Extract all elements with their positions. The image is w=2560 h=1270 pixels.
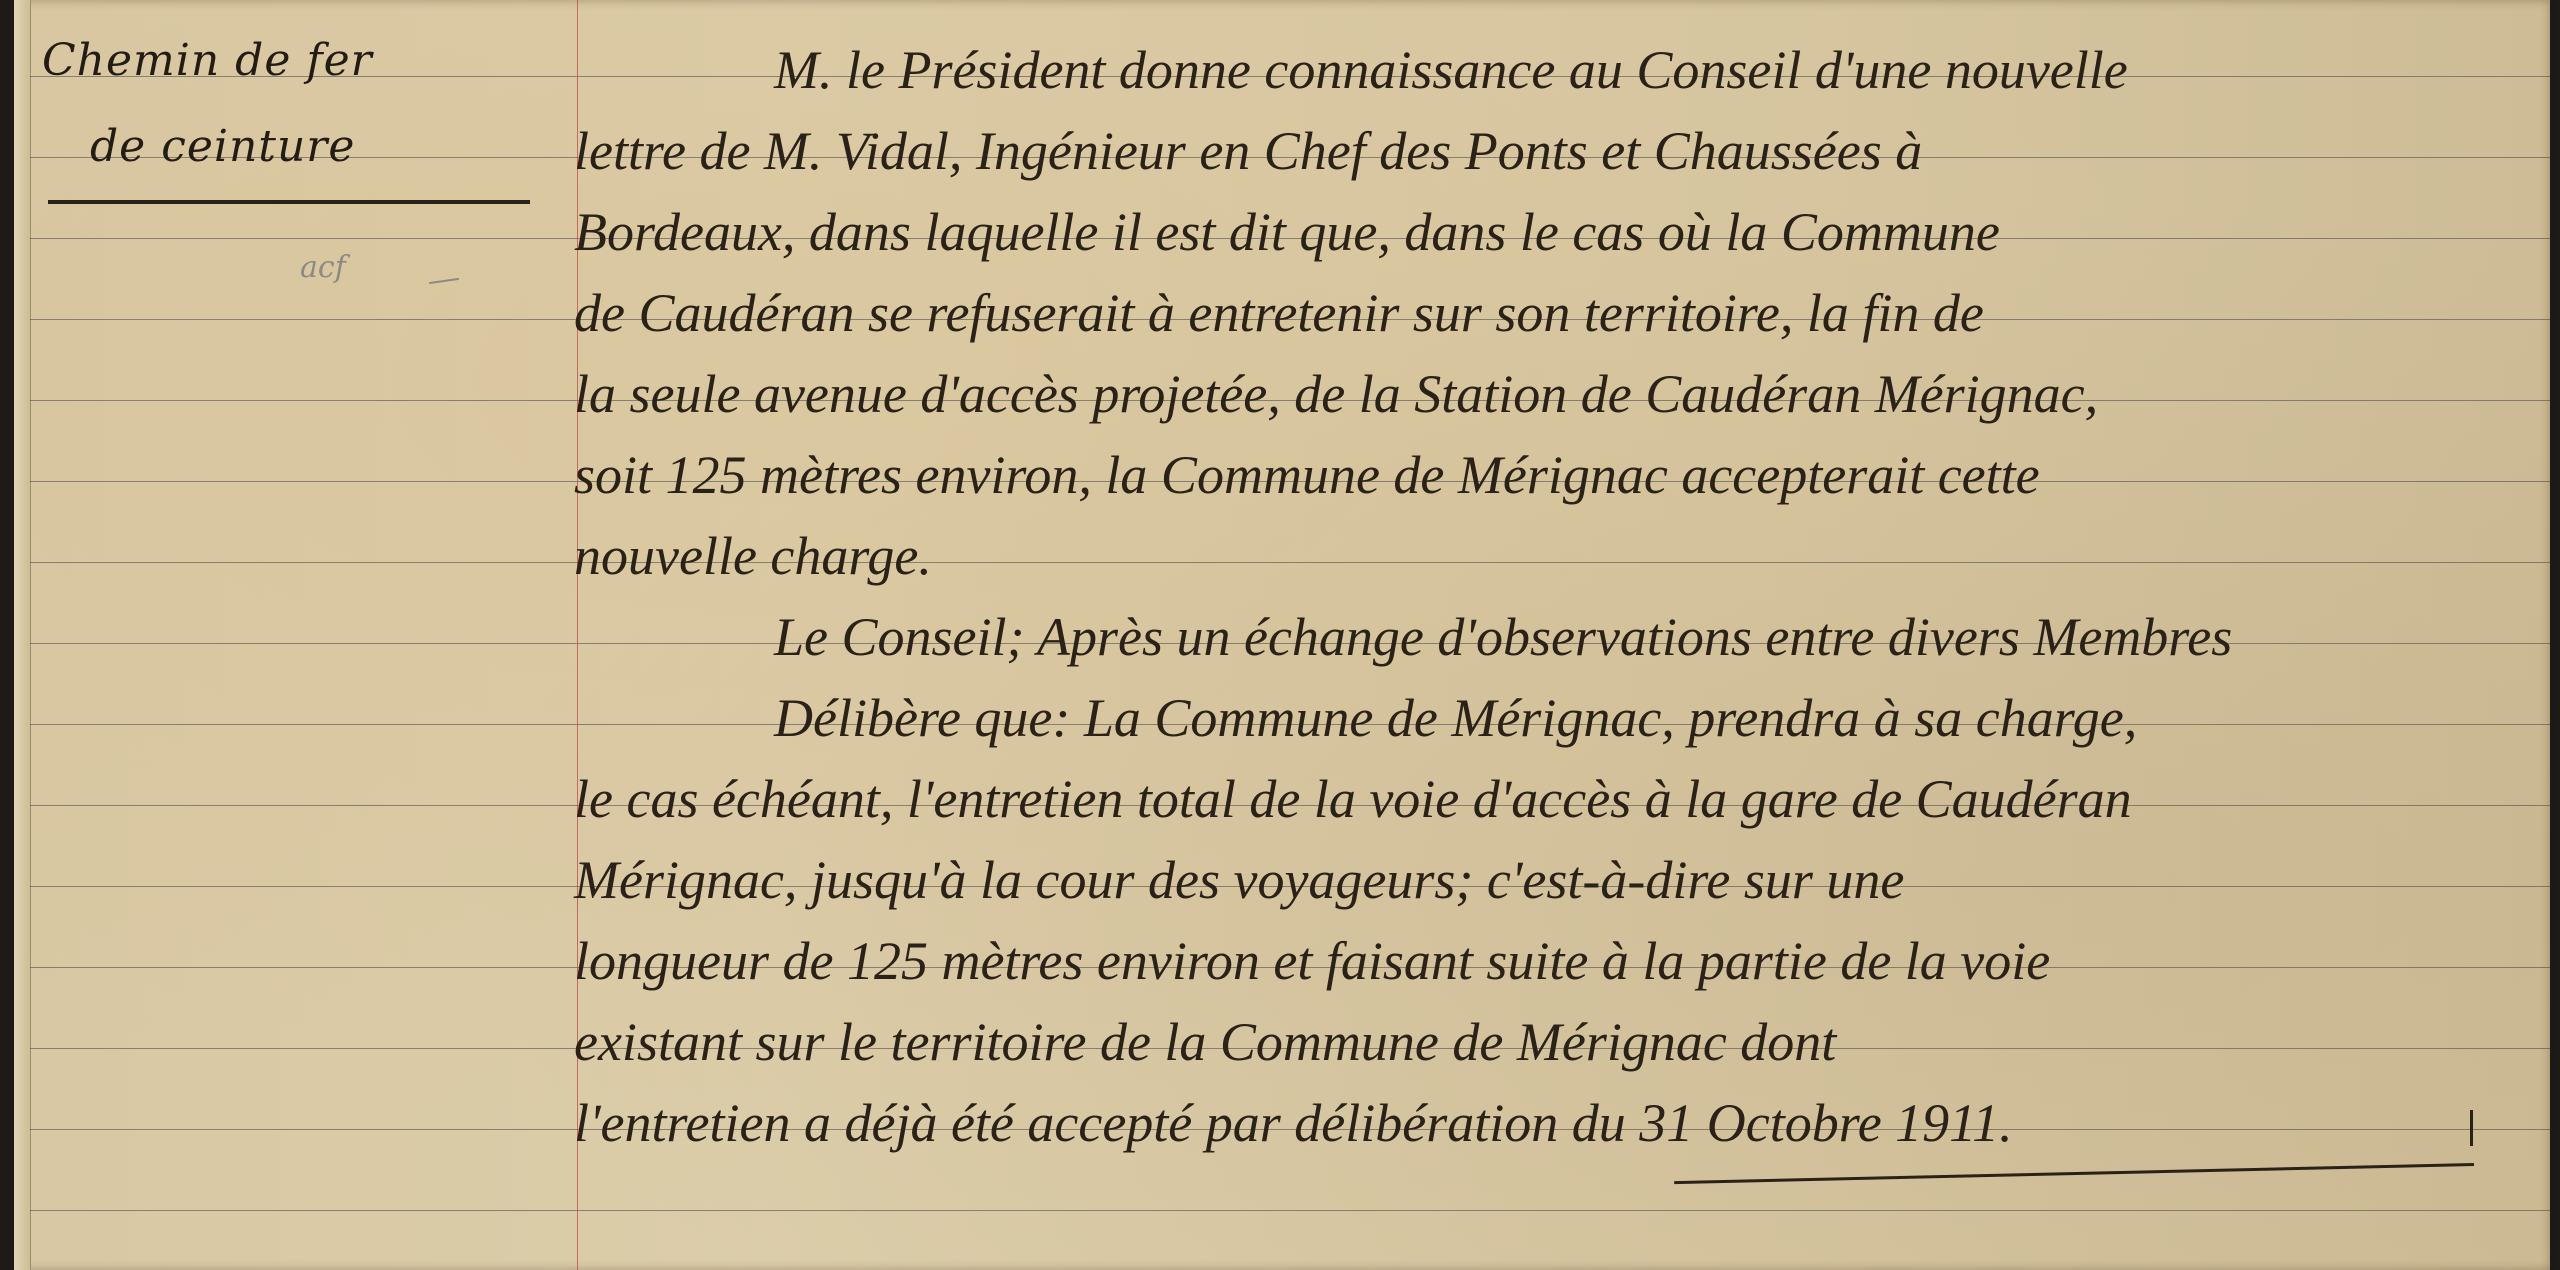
page-binding-edge xyxy=(14,0,31,1270)
ruled-line xyxy=(30,1210,2550,1211)
pencil-annotation: acf xyxy=(300,250,346,285)
pencil-dash xyxy=(429,278,459,284)
text-line: existant sur le territoire de la Commune… xyxy=(574,1002,1836,1082)
margin-heading: Chemin de fer de ceinture xyxy=(42,18,542,190)
margin-heading-line-1: Chemin de fer xyxy=(42,35,373,86)
text-line: l'entretien a déjà été accepté par délib… xyxy=(574,1083,2013,1163)
closing-underline xyxy=(1674,1163,2474,1184)
register-page: Chemin de fer de ceinture acf M. le Prés… xyxy=(14,0,2556,1270)
text-line: lettre de M. Vidal, Ingénieur en Chef de… xyxy=(574,111,1922,191)
text-line: le cas échéant, l'entretien total de la … xyxy=(574,759,2132,839)
ruled-line xyxy=(30,562,2550,563)
page-right-edge xyxy=(2550,0,2556,1270)
text-line: Le Conseil; Après un échange d'observati… xyxy=(774,597,2232,677)
text-line: nouvelle charge. xyxy=(574,516,932,596)
text-line: Délibère que: La Commune de Mérignac, pr… xyxy=(774,678,2137,758)
text-line: la seule avenue d'accès projetée, de la … xyxy=(574,354,2098,434)
heading-underline xyxy=(48,200,530,204)
closing-bracket-tick xyxy=(2470,1110,2473,1146)
text-line: Bordeaux, dans laquelle il est dit que, … xyxy=(574,192,2000,272)
text-line: M. le Président donne connaissance au Co… xyxy=(774,30,2128,110)
text-line: de Caudéran se refuserait à entretenir s… xyxy=(574,273,1984,353)
text-line: longueur de 125 mètres environ et faisan… xyxy=(574,921,2050,1001)
text-line: soit 125 mètres environ, la Commune de M… xyxy=(574,435,2040,515)
text-line: Mérignac, jusqu'à la cour des voyageurs;… xyxy=(574,840,1904,920)
margin-heading-line-2: de ceinture xyxy=(42,104,542,190)
